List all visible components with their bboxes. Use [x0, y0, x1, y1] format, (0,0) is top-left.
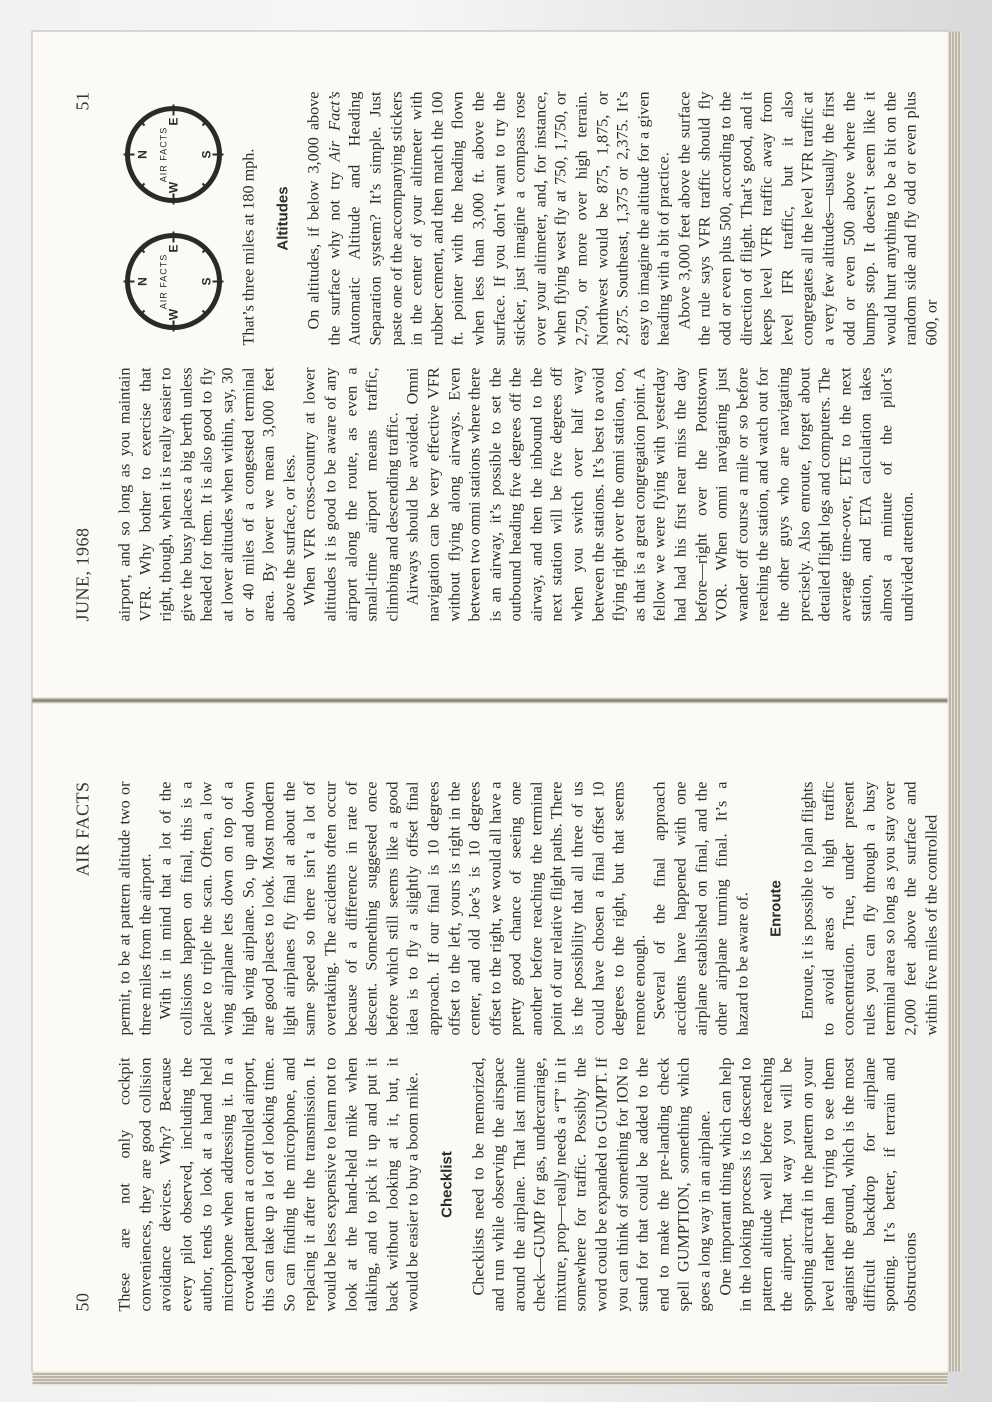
page-50: 50 AIR FACTS These are not only cockpit …: [33, 722, 948, 1372]
subhead-checklist: Checklist: [437, 1058, 458, 1312]
svg-text:N: N: [136, 278, 150, 287]
subhead-altitudes: Altitudes: [273, 92, 294, 346]
column-1: airport, and so long as you maintain VFR…: [115, 368, 908, 622]
publication-name: Air Fact’s: [325, 92, 343, 162]
svg-text:AIR FACTS: AIR FACTS: [159, 254, 169, 310]
text-columns: airport, and so long as you maintain VFR…: [115, 92, 908, 622]
svg-text:E: E: [167, 245, 181, 253]
svg-text:W: W: [167, 182, 181, 194]
svg-text:AIR FACTS: AIR FACTS: [159, 127, 169, 183]
running-title: AIR FACTS: [73, 782, 94, 877]
figure-caption: That’s three miles at 180 mph.: [239, 92, 260, 346]
page-edges-bottom: [948, 32, 962, 1372]
svg-text:S: S: [200, 151, 214, 159]
column-1: These are not only cockpit conveniences,…: [115, 1058, 908, 1312]
paragraph: Checklists need to be memorized, and run…: [468, 1058, 715, 1312]
book-spread: 50 AIR FACTS These are not only cockpit …: [33, 32, 948, 1372]
page-51: JUNE, 1968 51 airport, and so long as yo…: [33, 32, 948, 682]
svg-text:W: W: [167, 309, 181, 321]
paragraph: Several of the final approach accidents …: [650, 782, 753, 1036]
paragraph: Above 3,000 feet above the surface the r…: [674, 92, 942, 346]
column-2: N S W E AIR FACTS N: [115, 92, 908, 346]
paragraph: One important thing which can help in th…: [715, 1058, 921, 1312]
subhead-enroute: Enroute: [767, 782, 788, 1036]
compass-stickers: N S W E AIR FACTS N: [119, 92, 229, 346]
page-number: 50: [73, 1293, 94, 1312]
page-number: 51: [73, 92, 94, 111]
svg-text:E: E: [167, 118, 181, 126]
paragraph: permit, to be at pattern altitude two or…: [115, 782, 156, 1036]
book-gutter: [33, 698, 948, 704]
paragraph: Airways should be avoided. Omni navigati…: [403, 368, 918, 622]
running-date: JUNE, 1968: [73, 528, 94, 622]
paragraph: Enroute, it is possible to plan flights …: [798, 782, 942, 1036]
paragraph: On altitudes, if below 3,000 above the s…: [304, 92, 675, 346]
compass-sticker-icon: N S W E AIR FACTS: [119, 100, 229, 210]
paragraph: With it in mind that a lot of the collis…: [156, 782, 650, 1036]
paragraph: When VFR cross-country at lower altitude…: [300, 368, 403, 622]
paragraph: These are not only cockpit conveniences,…: [115, 1058, 424, 1312]
svg-text:S: S: [200, 278, 214, 286]
page-edges-left: [33, 1372, 948, 1386]
compass-sticker-icon: N S W E AIR FACTS: [119, 227, 229, 337]
svg-text:N: N: [136, 151, 150, 160]
text-run: Automatic Altitude and Heading Separatio…: [346, 92, 673, 346]
column-2: permit, to be at pattern altitude two or…: [115, 782, 908, 1036]
paragraph: airport, and so long as you maintain VFR…: [115, 368, 300, 622]
text-columns: These are not only cockpit conveniences,…: [115, 782, 908, 1312]
